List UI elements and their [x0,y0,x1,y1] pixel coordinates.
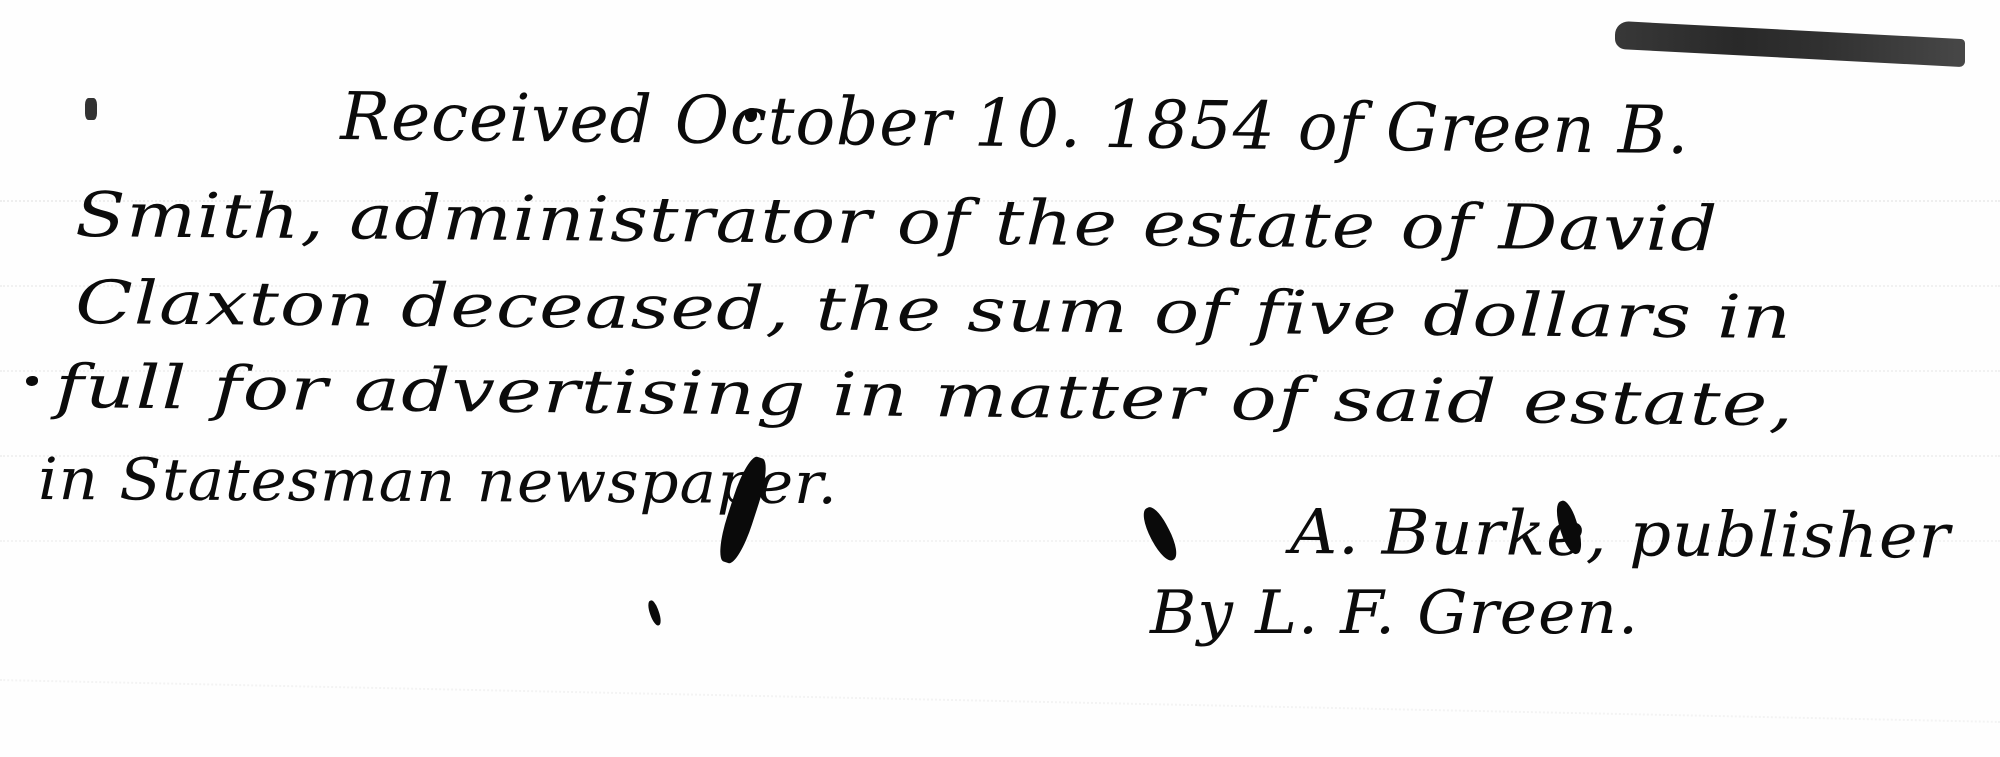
ink-blot [745,108,757,122]
ink-blot [646,599,663,627]
ruled-line [0,679,2000,723]
signature-by: By L. F. Green. [1150,578,1639,648]
receipt-line-4: full for advertising in matter of said e… [55,352,1795,440]
document-page: Received October 10. 1854 of Green B. Sm… [0,0,2000,757]
receipt-line-2: Smith, administrator of the estate of Da… [75,178,1719,265]
ink-blot [85,98,97,120]
ink-blot [26,376,38,386]
ink-smudge-mark [1615,21,1965,67]
signature-publisher: A. Burke, publisher [1290,495,1951,573]
ink-blot [1138,504,1183,565]
receipt-line-5: in Statesman newspaper. [38,445,838,517]
receipt-line-3: Claxton deceased, the sum of five dollar… [75,268,1792,353]
receipt-line-1: Received October 10. 1854 of Green B. [340,78,1690,169]
